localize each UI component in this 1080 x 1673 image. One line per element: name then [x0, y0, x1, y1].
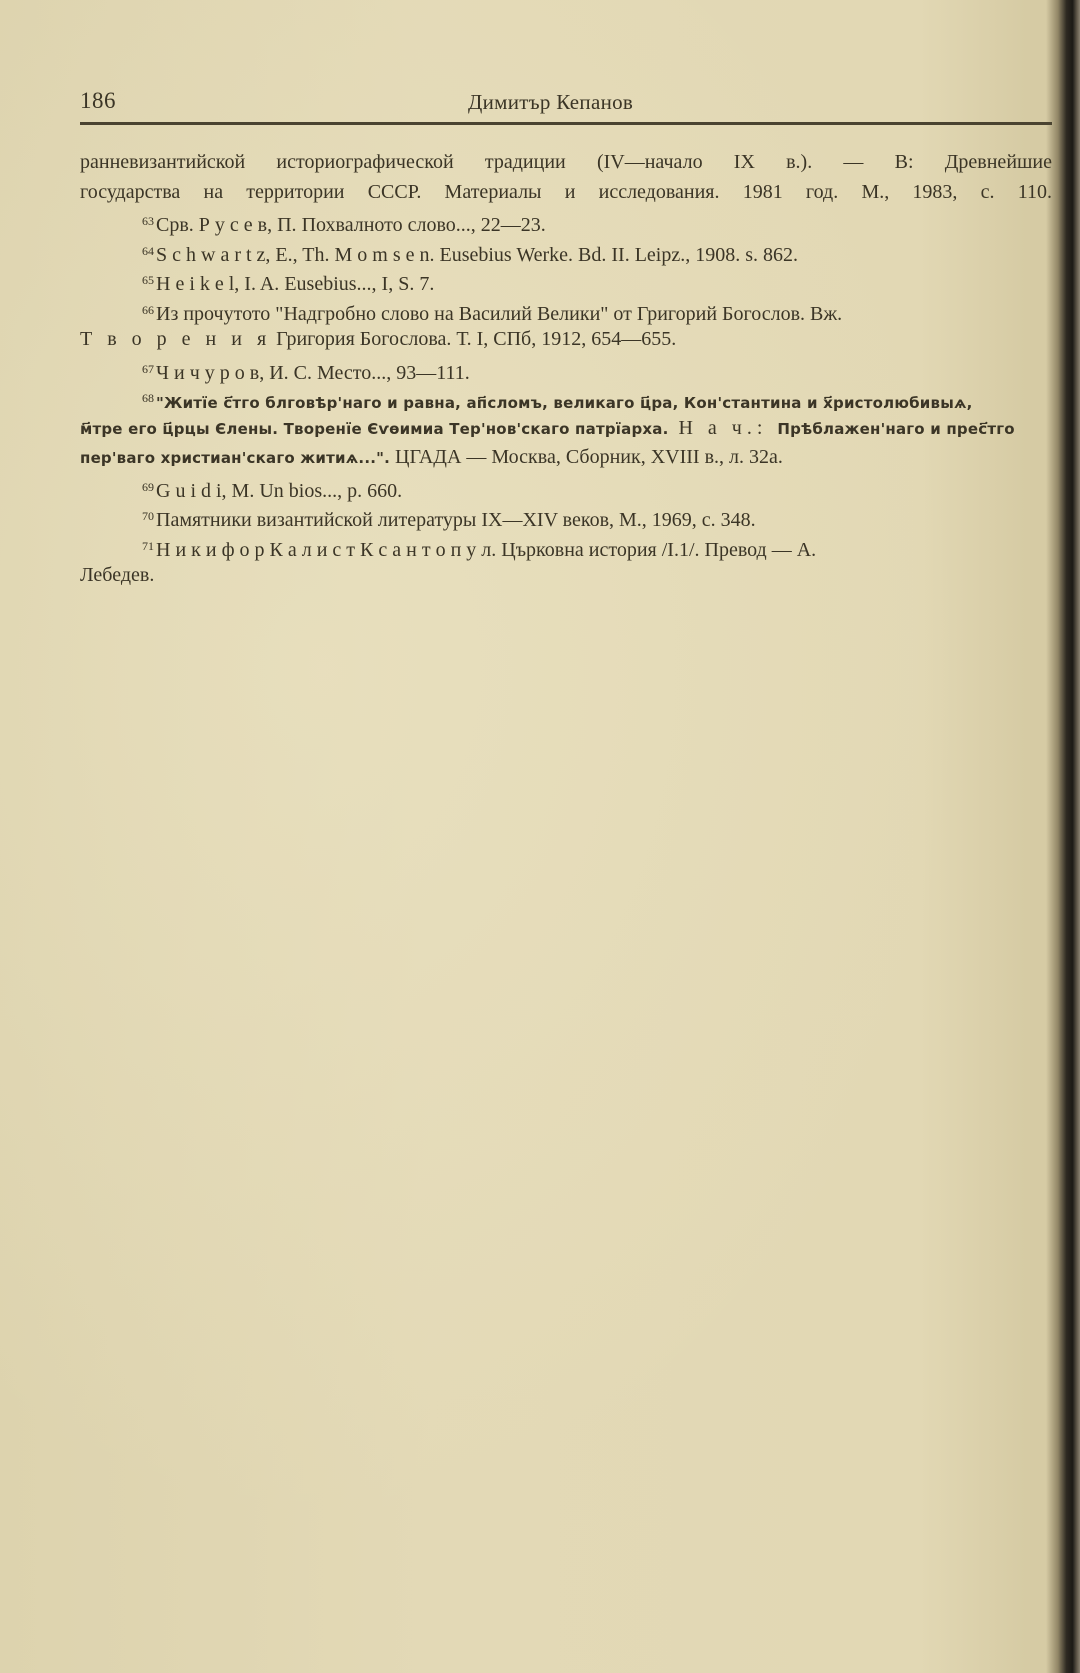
footnote-68: 68"Житїе с҃тго блговѣр'наго и равна, ап҃… [80, 384, 1052, 414]
footnote-63: 63Срв. Р у с е в, П. Похвалното слово...… [80, 207, 1052, 237]
footnote-number: 67 [142, 362, 154, 376]
footnote-number: 64 [142, 244, 154, 258]
footnote-author: Р у с е в, П. [199, 214, 297, 236]
footnote-65: 65H e i k e l, I. A. Eusebius..., I, S. … [80, 266, 1052, 296]
page-number: 186 [80, 88, 116, 114]
footnote-67: 67Ч и ч у р о в, И. С. Место..., 93—111. [80, 355, 1052, 385]
continuation-line-1: ранневизантийской историографической тра… [80, 148, 1052, 178]
footnote-author: Т в о р е н и я [80, 328, 271, 350]
footnote-70: 70Памятники византийской литературы IX—X… [80, 502, 1052, 532]
footnote-71-line-2: Лебедев. [80, 561, 1052, 591]
footnote-71: 71Н и к и ф о р К а л и с т К с а н т о … [80, 532, 1052, 562]
footnote-number: 69 [142, 480, 154, 494]
footnotes-block: ранневизантийской историографической тра… [80, 148, 1052, 591]
footnote-66-line-2: Т в о р е н и я Григория Богослова. Т. I… [80, 325, 1052, 355]
footnote-number: 65 [142, 273, 154, 287]
footnote-number: 70 [142, 509, 154, 523]
header-rule [80, 122, 1052, 125]
footnote-68-line-2: м҃тре его ц҃рцы Єлены. Творенїе Єѵѳимиа … [80, 414, 1052, 444]
footnote-author: H e i k e l, I. A. [156, 273, 279, 295]
continuation-line-2: государства на территории СССР. Материал… [80, 178, 1052, 208]
footnote-68-line-3: пер'ваго христиан'скаго житиѧ...". ЦГАДА… [80, 443, 1052, 473]
footnote-number: 71 [142, 539, 154, 553]
church-slavonic-title: "Житїе с҃тго блговѣр'наго и равна, ап҃сл… [156, 394, 973, 412]
footnote-66: 66Из прочутото "Надгробно слово на Васил… [80, 296, 1052, 326]
running-title: Димитър Кепанов [468, 90, 633, 115]
footnote-author: Н и к и ф о р К а л и с т К с а н т о п … [156, 539, 496, 561]
book-page: 186 Димитър Кепанов ранневизантийской ис… [0, 0, 1080, 1673]
footnote-number: 68 [142, 391, 154, 405]
page-header: 186 Димитър Кепанов [80, 88, 1050, 120]
footnote-author: S c h w a r t z, E., Th. M o m s e n. [156, 244, 435, 266]
footnote-69: 69G u i d i, M. Un bios..., p. 660. [80, 473, 1052, 503]
footnote-number: 66 [142, 303, 154, 317]
footnote-number: 63 [142, 214, 154, 228]
footnote-author: Ч и ч у р о в, И. С. [156, 362, 312, 384]
footnote-64: 64S c h w a r t z, E., Th. M o m s e n. … [80, 237, 1052, 267]
footnote-author: G u i d i, M. [156, 480, 254, 502]
